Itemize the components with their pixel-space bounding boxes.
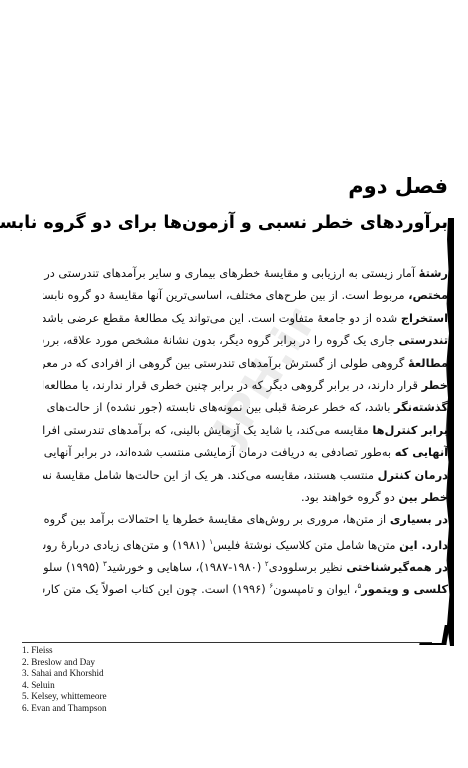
footnote-item: 4. Seluin bbox=[22, 680, 107, 692]
chapter-label: فصل دوم bbox=[348, 174, 448, 198]
footnote-item: 6. Evan and Thampson bbox=[22, 703, 107, 715]
footnote-item: 3. Sahai and Khorshid bbox=[22, 668, 107, 680]
text-line: مختص، مربوط است. از بین طرح‌های مختلف، ا… bbox=[43, 284, 448, 306]
text-line: گذشته‌نگر باشد، که خطر عرضهٔ قبلی بین نم… bbox=[43, 396, 448, 418]
chapter-title: برآوردهای خطر نسبی و آزمون‌ها برای دو گر… bbox=[0, 213, 448, 233]
text-line: خطر قرار دارند، در برابر گروهی دیگر که د… bbox=[43, 374, 448, 396]
text-line: در بسیاری از متن‌ها، مروری بر روش‌های مق… bbox=[43, 508, 448, 530]
text-line: برابر کنترل‌ها مقایسه می‌کند، یا شاید یک… bbox=[43, 419, 448, 441]
footnote-item: 2. Breslow and Day bbox=[22, 657, 107, 669]
text-line: دارد. این متن‌ها شامل متن کلاسیک نوشتهٔ … bbox=[43, 531, 448, 553]
body-text: رشتهٔ آمار زیستی به ارزیابی و مقایسهٔ خط… bbox=[43, 262, 448, 598]
document-page: JPH.ir فصل دوم برآوردهای خطر نسبی و آزمو… bbox=[0, 0, 468, 768]
text-line: در همه‌گیرشناختی نظیر برسلوودی۲ (۱۹۸۰-۱۹… bbox=[43, 553, 448, 575]
text-line: آنهایی که به‌طور تصادفی به دریافت درمان … bbox=[43, 441, 448, 463]
text-line: کلسی و ویتمور۵، ایوان و تامپسون۶ (۱۹۹۶) … bbox=[43, 575, 448, 597]
text-line: تندرستی جاری یک گروه را در برابر گروه دی… bbox=[43, 329, 448, 351]
text-line: خطر بین دو گروه خواهند بود. bbox=[43, 486, 448, 508]
text-line: استخراج شده از دو جامعهٔ متفاوت است. این… bbox=[43, 307, 448, 329]
text-line: مطالعهٔ گروهی طولی از گسترش برآمدهای تند… bbox=[43, 352, 448, 374]
text-line: درمان کنترل منتسب هستند، مقایسه می‌کند. … bbox=[43, 464, 448, 486]
text-line: رشتهٔ آمار زیستی به ارزیابی و مقایسهٔ خط… bbox=[43, 262, 448, 284]
footnote-rule bbox=[22, 642, 432, 643]
footnotes: 1. Fleiss 2. Breslow and Day 3. Sahai an… bbox=[22, 645, 107, 715]
footnote-item: 5. Kelsey, whittemeore bbox=[22, 691, 107, 703]
footnote-item: 1. Fleiss bbox=[22, 645, 107, 657]
